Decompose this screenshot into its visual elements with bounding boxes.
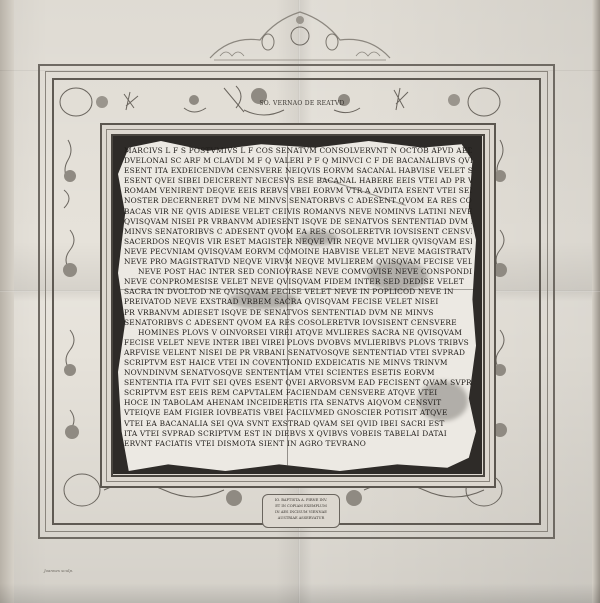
inscription-line: PR VRBANVM ADIESET ISQVE DE SENATVOS SEN…	[124, 308, 472, 318]
inscription-line: ERVNT FACIATIS VTEI DISMOTA SIENT IN AGR…	[124, 439, 472, 449]
inscription-line: MARCIVS L F S POSTVMIVS L F COS SENATVM …	[124, 146, 472, 156]
inscription-line: SENTENTIA ITA FVIT SEI QVES ESENT QVEI A…	[124, 378, 472, 388]
page-edge-right	[592, 0, 600, 603]
inscription-line: HOCE IN TABOLAM AHENAM INCEIDERETIS ITA …	[124, 398, 472, 408]
inscription-line: NOSTER DECERNERET DVM NE MINVS SENATORBV…	[124, 196, 472, 206]
crest-ornament-icon	[200, 6, 400, 64]
page-edge-left	[0, 0, 14, 603]
inscription-line: NEVE PECVNIAM QVISQVAM EORVM COMOINE HAB…	[124, 247, 472, 257]
inscription-line: NOVNDINVM SENATVOSQVE SENTENTIAM VTEI SC…	[124, 368, 472, 378]
inscription-line: SACRA IN DVOLTOD NE QVISQVAM FECISE VELE…	[124, 287, 472, 297]
inscription-line: MINVS SENATORIBVS C ADESENT QVOM EA RES …	[124, 227, 472, 237]
inscription-line: SCRIPTVM EST EEIS REM CAPVTALEM FACIENDA…	[124, 388, 472, 398]
inscription-line: FECISE VELET NEVE INTER IBEI VIREI PLOVS…	[124, 338, 472, 348]
bottom-shadow	[0, 583, 600, 603]
inscription-line: DVELONAI SC ARF M CLAVDI M F Q VALERI P …	[124, 156, 472, 166]
inscription-line: QVISQVAM NISEI PR VRBANVM ADIESENT ISQVE…	[124, 217, 472, 227]
inscription-line: PREIVATOD NEVE EXSTRAD VRBEM SACRA QVISQ…	[124, 297, 472, 307]
crest-banner: SO. VERNAO DE REATVD	[252, 100, 352, 118]
inscription-line: VTEIQVE EAM FIGIER IOVBEATIS VBEI FACILV…	[124, 408, 472, 418]
engraver-signature: Joannes sculp.	[44, 568, 73, 573]
inscription-line: NEVE PRO MAGISTRATVD NEQVE VIRVM NEQVE M…	[124, 257, 472, 267]
inscription-line: SACERDOS NEQVIS VIR ESET MAGISTER NEQVE …	[124, 237, 472, 247]
inscription-line: NEVE CONPROMESISE VELET NEVE QVISQVAM FI…	[124, 277, 472, 287]
inscription-line: ITA VTEI SVPRAD SCRIPTVM EST IN DIEBVS X…	[124, 429, 472, 439]
inscription-line: BACAS VIR NE QVIS ADIESE VELET CEIVIS RO…	[124, 207, 472, 217]
inscription-line: ESENT QVEI SIBEI DEICERENT NECESVS ESE B…	[124, 176, 472, 186]
inscription-line: SCRIPTVM EST HAICE VTEI IN COVENTIONID E…	[124, 358, 472, 368]
dedication-cartouche: IO. BAPTISTA A. PIRNE INV. ET IN COPIAM …	[262, 494, 340, 528]
inscription-line: ARFVISE VELENT NISEI DE PR VRBANI SENATV…	[124, 348, 472, 358]
inscription-line: SENATORIBVS C ADESENT QVOM EA RES COSOLE…	[124, 318, 472, 328]
inscription-text: MARCIVS L F S POSTVMIVS L F COS SENATVM …	[124, 146, 472, 449]
inscription-line: HOMINES PLOVS V OINVORSEI VIREI ATQVE MV…	[124, 328, 472, 338]
inscription-line: ESENT ITA EXDEICENDVM CENSVERE NEIQVIS E…	[124, 166, 472, 176]
inscription-line: VTEI EA BACANALIA SEI QVA SVNT EXSTRAD Q…	[124, 419, 472, 429]
inscription-line: NEVE POST HAC INTER SED CONIOVRASE NEVE …	[124, 267, 472, 277]
cartouche-line: AUSTRIAE ASSERVATUR	[263, 515, 339, 521]
inscription-line: ROMAM VENIRENT DEQVE EEIS REBVS VBEI EOR…	[124, 186, 472, 196]
